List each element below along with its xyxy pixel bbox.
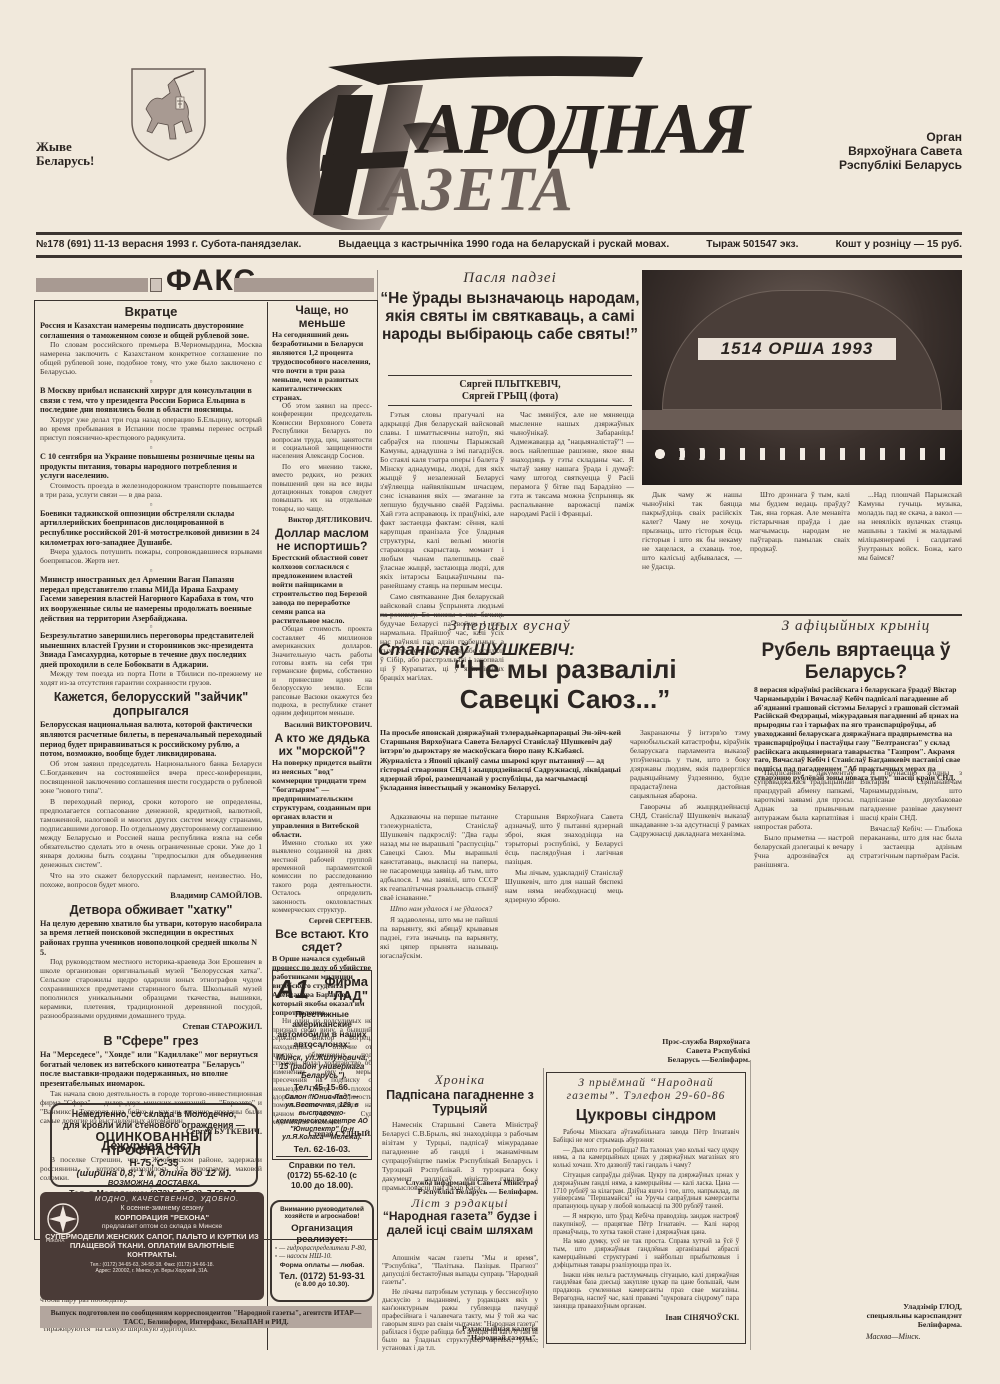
motto-line: Жыве [36, 140, 94, 154]
rubel-place: Масква—Мінск. [866, 1332, 921, 1341]
profnastil-line: для кровли или стенового ограждения — [56, 1120, 252, 1131]
main-story-column-2: Час змяніўся, але не мяняецца мысленне н… [510, 410, 634, 520]
separator-square-icon: ▫ [40, 378, 262, 386]
ad-lad: А1 Фирма "ЛАД" Престижные американские а… [272, 970, 372, 1160]
zaichik-paragraph: Что на это скажет белорусский парламент,… [40, 871, 262, 889]
organ-line: Орган [830, 130, 962, 144]
photo-lights [652, 448, 952, 460]
khatka-text: Под руководством местного историка-краев… [40, 957, 262, 1020]
agro-line: Вниманию руководителей хозяйств и агросн… [275, 1206, 369, 1221]
main-story-paragraph: Гэтыя словы прагучалі на адкрыцці Дня бе… [380, 410, 504, 590]
lad-phone: Тел. 45-15-66. [276, 1082, 368, 1092]
rekona-star-logo-icon [46, 1202, 80, 1236]
zaichik-paragraph: В переходный период, сроки которого не о… [40, 797, 262, 869]
chronicle-credit: Служба інфармацыі Савета Міністраў Рэспу… [382, 1178, 538, 1196]
column-divider [543, 1068, 544, 1348]
interview-column-1: Адказваючы на першае пытанне тэлежурналі… [380, 812, 498, 962]
circulation: Тыраж 501547 экз. [706, 239, 798, 250]
sugar-rubric: З прыёмнай “Народнай газеты”. Тэлефон 29… [553, 1077, 739, 1103]
banner-bar [36, 278, 148, 292]
zaichik-paragraph: Об этом заявил председатель Национальног… [40, 759, 262, 795]
rubel-paragraph: Я поўнасцю згодны з Віктарам Сцяпанавіча… [860, 768, 962, 822]
main-story-paragraph: Дык чаму ж нашы чыноўнікі так баяцца пак… [642, 490, 742, 571]
divider [388, 405, 632, 406]
rubel-paragraph: Вячаслаў Кебіч: — Глыбока перакананы, шт… [860, 824, 962, 860]
chasche-heading: Чаще, но меньше [272, 304, 372, 330]
chasche-lead: На сегодняшний день безработными в Белар… [272, 330, 372, 402]
column-divider [267, 302, 268, 1350]
chronicle-rubric: Хроніка [380, 1072, 540, 1088]
rubel-paragraph: Было прыметна — настрой беларускай дэлег… [754, 833, 854, 869]
separator-square-icon: ▫ [40, 444, 262, 452]
main-story-rubric: Пасля падзеі [380, 270, 640, 287]
profnastil-delivery: ВОЗМОЖНА ДОСТАВКА. [56, 1179, 252, 1187]
news-text: Стоимость проезда в железнодорожном тран… [40, 481, 262, 499]
profnastil-line: Немедленно, со склада в Молодечно, [56, 1109, 252, 1120]
photo-orsha-concert: 1514 ОРША 1993 [642, 270, 962, 485]
interview-paragraph: Закранаючы ў інтэрв'ю тэму чарнобыльскай… [630, 728, 750, 800]
column-divider [750, 1060, 751, 1350]
interview-paragraph: Адказваючы на першае пытанне тэлежурналі… [380, 812, 498, 902]
agro-hours: (с 8.00 до 10.30). [275, 1281, 369, 1288]
divider [36, 232, 962, 235]
agro-payment: Форма оплаты — любая. [275, 1262, 369, 1269]
rubel-headline: Рубель вяртаецца ў Беларусь? [750, 640, 962, 684]
credit-line: Савета Рэспублікі [630, 1046, 750, 1055]
lad-tagline: Престижные американские автомобили в наш… [276, 1009, 368, 1049]
rubel-column-1: Падпісанне дакументаў суправаджалася тра… [754, 768, 854, 871]
chronicle-headline: Падпісана пагадненне з Турцыяй [380, 1088, 540, 1116]
author-line: Уладзімір ГЛОД, [850, 1302, 962, 1311]
fax-section-banner: ФАКС [36, 268, 374, 296]
rubel-author: Уладзімір ГЛОД, спецыяльны карэспандэнт … [850, 1302, 962, 1329]
credit-line: Беларусь —Белінфарм. [630, 1055, 750, 1064]
main-story-paragraph: Што дрэннага ў тым, калі мы будзем ведац… [750, 490, 850, 553]
fax-footer-credits: Выпуск подготовлен по сообщениям корресп… [40, 1306, 372, 1328]
main-story-column-4: Што дрэннага ў тым, калі мы будзем ведац… [750, 490, 850, 555]
vkrattse-heading: Вкратце [40, 304, 262, 319]
ad-rekona: РЕКОНА МОДНО, КАЧЕСТВЕННО, УДОБНО. К осе… [40, 1192, 264, 1300]
profnastil-product: ОЦИНКОВАННЫЙ ПРОФНАСТИЛ [56, 1130, 252, 1158]
lad-title: Фирма "ЛАД" [312, 975, 368, 1003]
news-lead: Министр иностранных дел Армении Ваган Па… [40, 575, 262, 623]
pahonia-coat-of-arms-icon [130, 67, 207, 162]
ad-profnastil: Немедленно, со склада в Молодечно, для к… [50, 1103, 258, 1187]
sfera-lead: На "Мерседесе", "Хонде" или "Кадиллаке" … [40, 1050, 262, 1088]
author-line: Белінфарма. [850, 1320, 962, 1329]
motto-line: Беларусь! [36, 154, 94, 168]
divider [36, 255, 962, 258]
rubel-column-2: Я поўнасцю згодны з Віктарам Сцяпанавіча… [860, 768, 962, 862]
sugar-headline: Цукровы сіндром [553, 1106, 739, 1126]
letter-paragraph: Апошнім часам газеты "Мы и время", "Рэсп… [382, 1254, 538, 1286]
interview-paragraph: Старшыня Вярхоўнага Савета адзначыў, што… [505, 812, 623, 866]
published-since: Выдаецца з кастрычніка 1990 года на бела… [338, 239, 669, 250]
chasche-paragraph: Об этом заявил на пресс-конференции пред… [272, 402, 372, 461]
rubel-paragraph: Падпісанне дакументаў суправаджалася тра… [754, 768, 854, 831]
khatka-heading: Детвора обживает "хатку" [40, 903, 262, 917]
news-lead: В Москву прибыл испанский хирург для кон… [40, 386, 262, 415]
credit-line: Прэс-служба Вярхоўнага [630, 1037, 750, 1046]
agro-item-text: — гидрораспределители Р-80, [279, 1245, 366, 1252]
morskoy-text: Именно столько их уже выявлено созданной… [272, 839, 372, 915]
news-text: Между тем поезда из порта Поти в Тбилиси… [40, 669, 262, 687]
morskoy-heading: А кто же дядька их "морской"? [272, 732, 372, 758]
news-lead: Боевики таджикской оппозиции обстреляли … [40, 509, 262, 547]
main-story-paragraph: Час змяніўся, але не мяняецца мысленне н… [510, 410, 634, 518]
author-line: спецыяльны карэспандэнт [850, 1311, 962, 1320]
interview-column-2: Старшыня Вярхоўнага Савета адзначыў, што… [505, 812, 623, 906]
rekona-logo-label: РЕКОНА [46, 1238, 64, 1243]
sugar-paragraph: На маю думку, усё не так проста. Справа … [553, 1238, 739, 1269]
zaichik-lead: Белорусская национальная валюта, которой… [40, 720, 262, 758]
interview-paragraph: Гаворачы аб жыццядзейнасці СНД, Станісла… [630, 802, 750, 838]
masthead-title-line1: АРОДНАЯ [418, 93, 748, 165]
news-text: По словам российского премьера В.Черномы… [40, 340, 262, 376]
chasche-paragraph: По его мнению также, вместо редких, но р… [272, 463, 372, 513]
byline-photographer: Сяргей ГРЫЦ (фота) [380, 391, 640, 403]
sugar-paragraph: — Я мяркую, што ўрад Кебіча праводзіць з… [553, 1213, 739, 1236]
zaichik-heading: Кажется, белорусский "зайчик" допрыгался [40, 690, 262, 718]
letter-headline: “Народная газета” будзе і далей ісці сва… [380, 1210, 540, 1237]
byline-author: Сяргей ПЛЫТКЕВІЧ, [380, 379, 640, 391]
agro-item: ▫ — насосы НШ-10. [275, 1253, 369, 1261]
rekona-address: Адрес: 220002, г. Минск, ул. Веры Хоруже… [44, 1268, 260, 1274]
rubel-rubric: З афіцыйных крыніц [750, 618, 962, 635]
organ-line: Рэспублікі Беларусь [830, 158, 962, 172]
interview-column-3: Закранаючы ў інтэрв'ю тэму чарнобыльскай… [630, 728, 750, 840]
photo-stage [642, 410, 962, 430]
lad-address: Минск, ул.Жилуновича, 15 (район универма… [276, 1053, 368, 1080]
masthead-title-line2: АЗЕТА [380, 159, 574, 221]
lad-address: Салон "Юнис-Лад" — ул.Восточная, 129, в … [276, 1094, 368, 1142]
separator-square-icon: ▫ [40, 501, 262, 509]
news-lead: Безрезультатно завершились переговоры пр… [40, 631, 262, 669]
separator-square-icon: ▫ [40, 623, 262, 631]
ad-agro: Вниманию руководителей хозяйств и агросн… [270, 1200, 374, 1302]
sugar-box: З прыёмнай “Народнай газеты”. Тэлефон 29… [546, 1072, 746, 1344]
morskoy-lead: На поверку придется выйти из неясных "во… [272, 758, 372, 839]
main-story-headline: “Не ўрады вызначаюць народам, якія святы… [380, 290, 640, 344]
interview-lead: Па просьбе японскай дзяржаўнай тэлерадыё… [380, 728, 624, 792]
zaichik-author: Владимир САМОЙЛОВ. [40, 891, 262, 900]
interview-paragraph: Я задаволены, што мы не пайшлі па варыян… [380, 915, 498, 960]
khatka-lead: На целую деревню хватило бы утвари, кото… [40, 919, 262, 957]
sugar-author: Іван СІНЯЧОЎСКІ. [553, 1313, 739, 1322]
photo-banner-text: 1514 ОРША 1993 [698, 338, 896, 360]
dollar-text: Общая стоимость проекта составляет 46 ми… [272, 625, 372, 717]
letter-paragraph: Не лічачы патрэбным уступаць у бессэнсоў… [382, 1288, 538, 1352]
lad-info: Справки по тел. (0172) 55-62-10 (с 10.00… [276, 1160, 368, 1190]
dollar-lead: Брестский областной совет колхозов согла… [272, 553, 372, 625]
khatka-author: Степан СТАРОЖИЛ. [40, 1022, 262, 1031]
credit-line: Рэдакцыйная калегія [382, 1324, 538, 1333]
interview-question: Што нам удалося і не ўдалося? [380, 904, 498, 913]
sugar-paragraph: Інакш ніяк нельга растлумачыць сітуацыю,… [553, 1272, 739, 1311]
vse-heading: Все встают. Кто сядет? [272, 928, 372, 954]
price: Кошт у розніцу — 15 руб. [836, 239, 962, 250]
chasche-author: Виктор ДЯТЛИКОВИЧ. [272, 515, 372, 524]
masthead-motto: Жыве Беларусь! [36, 140, 94, 168]
interview-headline: “Не мы развалілі Савецкі Саюз...” [440, 654, 690, 714]
news-text: Вчера удалось потушить пожары, сопровожд… [40, 547, 262, 565]
news-lead: С 10 сентября на Украине повышены рознич… [40, 452, 262, 481]
organ-line: Вярхоўнага Савета [830, 144, 962, 158]
morskoy-author: Сергей СЕРГЕЕВ. [272, 916, 372, 925]
issue-number-date: №178 (691) 11-13 верасня 1993 г. Субота-… [36, 239, 301, 250]
main-story-paragraph: ...Над плошчай Парыжскай Камуны гучыць м… [858, 490, 962, 562]
main-story-byline: Сяргей ПЛЫТКЕВІЧ, Сяргей ГРЫЦ (фота) [380, 379, 640, 403]
fax-decor-icon [150, 278, 162, 292]
column-divider [377, 270, 378, 1350]
masthead-organ: Орган Вярхоўнага Савета Рэспублікі Белар… [830, 130, 962, 172]
divider [388, 375, 632, 376]
dollar-author: Василий ВИКТОРОВИЧ. [272, 720, 372, 729]
sfera-heading: В "Сфере" грез [40, 1034, 262, 1048]
interview-paragraph: Мы лічым, удакладніў Станіслаў Шушкевіч,… [505, 868, 623, 904]
section-divider [380, 614, 962, 616]
main-story-column-5: ...Над плошчай Парыжскай Камуны гучыць м… [858, 490, 962, 564]
credit-line: "Народнай газеты". [382, 1333, 538, 1342]
lad-phone: Тел. 62-16-03. [276, 1144, 368, 1157]
main-story-column-3: Дык чаму ж нашы чыноўнікі так баяцца пак… [642, 490, 742, 573]
agro-item-text: — насосы НШ-10. [279, 1253, 332, 1260]
letter-credit: Рэдакцыйная калегія "Народнай газеты". [382, 1324, 538, 1342]
agro-phone: Тел. (0172) 51-93-31 [275, 1271, 369, 1281]
lad-logo-icon: А1 [276, 977, 309, 1001]
sugar-paragraph: Рабочы Мінскага аўтамабільнага завода Пё… [553, 1129, 739, 1145]
issue-info-bar: №178 (691) 11-13 верасня 1993 г. Субота-… [36, 232, 962, 258]
agro-item: ▫ — гидрораспределители Р-80, [275, 1245, 369, 1253]
separator-square-icon: ▫ [40, 567, 262, 575]
news-text: Хирург уже делал три года назад операцию… [40, 415, 262, 442]
news-lead: Россия и Казахстан намерены подписать дв… [40, 321, 262, 340]
interview-rubric: З першых вуснаў [380, 618, 640, 635]
rekona-goods: СУПЕРМОДЕЛИ ЖЕНСКИХ САПОГ, ПАЛЬТО И КУРТ… [44, 1232, 260, 1259]
sugar-paragraph: — Дык што гэта робіцца? Па талонах ужо к… [553, 1147, 739, 1170]
sugar-paragraph: Сітуацыя сапраўды дзіўная. Цукру па дзяр… [553, 1172, 739, 1211]
banner-bar [234, 278, 374, 292]
interview-credit: Прэс-служба Вярхоўнага Савета Рэспублікі… [630, 1037, 750, 1064]
masthead-logo: АРОДНАЯ АЗЕТА [268, 55, 838, 230]
dollar-heading: Доллар маслом не испортишь? [272, 527, 372, 553]
agro-heading: Организация реализует: [275, 1223, 369, 1245]
